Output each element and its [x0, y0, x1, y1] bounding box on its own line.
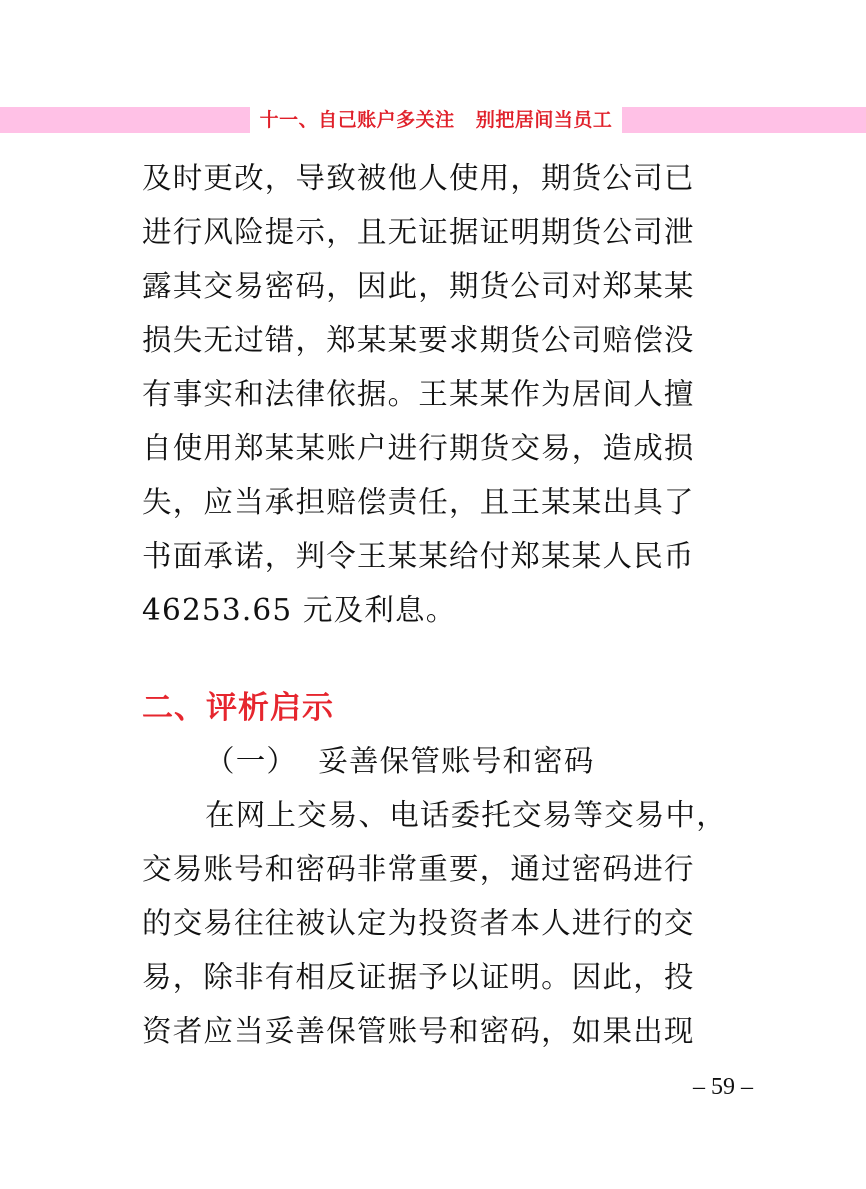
- text-line: 及时更改，导致被他人使用，期货公司已: [142, 158, 695, 198]
- text-line: 进行风险提示，且无证据证明期货公司泄: [142, 212, 695, 252]
- text-line: 资者应当妥善保管账号和密码，如果出现: [142, 1011, 695, 1051]
- text-line: 有事实和法律依据。王某某作为居间人擅: [142, 374, 695, 414]
- page-number: – 59 –: [693, 1072, 753, 1102]
- text-line: 失，应当承担赔偿责任，且王某某出具了: [142, 482, 695, 522]
- text-line: 的交易往往被认定为投资者本人进行的交: [142, 903, 695, 943]
- running-header: 十一、自己账户多关注 别把居间当员工: [0, 107, 866, 133]
- text-line: 书面承诺，判令王某某给付郑某某人民币: [142, 536, 695, 576]
- text-line: 交易账号和密码非常重要，通过密码进行: [142, 849, 695, 889]
- section-heading: 二、评析启示: [142, 688, 334, 728]
- text-line: 易，除非有相反证据予以证明。因此，投: [142, 957, 695, 997]
- subsection-heading: （一） 妥善保管账号和密码: [205, 741, 595, 781]
- text-line-indented: 在网上交易、电话委托交易等交易中，: [205, 795, 727, 835]
- text-line: 露其交易密码，因此，期货公司对郑某某: [142, 266, 695, 306]
- header-band-left: [0, 107, 250, 133]
- text-line: 损失无过错，郑某某要求期货公司赔偿没: [142, 320, 695, 360]
- text-line: 46253.65 元及利息。: [142, 590, 456, 630]
- text-line: 自使用郑某某账户进行期货交易，造成损: [142, 428, 695, 468]
- header-band-right: [622, 107, 866, 133]
- running-title: 十一、自己账户多关注 别把居间当员工: [250, 107, 622, 133]
